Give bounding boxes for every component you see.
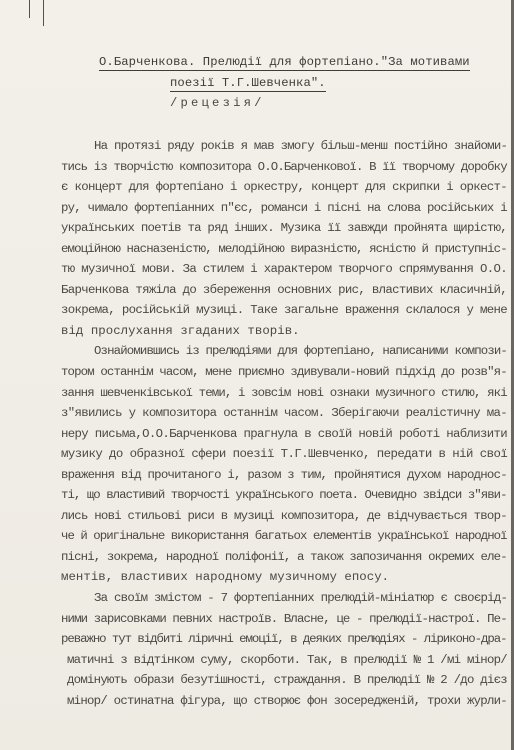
text-line: ру, чимало фортепіанних п"єс, романси і …	[61, 198, 511, 219]
text-line: че й оригінальне використання багатьох е…	[61, 526, 511, 547]
text-line: ті, що властивий творчості українського …	[61, 485, 511, 506]
margin-mark	[43, 0, 44, 26]
text-line: ними зарисовками певних настроїв. Власне…	[61, 609, 511, 630]
text-line: музику до образної сфери поезії Т.Г.Шевч…	[61, 444, 511, 465]
text-line: ментів, властивих народному музичному еп…	[61, 567, 511, 588]
text-line: неру письма,О.О.Барченкова прагнула в св…	[61, 424, 511, 445]
text-line: матичні з відтінком суму, скорботи. Так,…	[61, 650, 511, 671]
text-line: За своїм змістом - 7 фортепіанних прелюд…	[61, 588, 511, 609]
text-line: мінор/ остинатна фігура, що створює фон …	[61, 691, 511, 712]
text-line: українських поетів та ряд інших. Музика …	[61, 218, 511, 239]
text-line: від прослухання згаданих творів.	[61, 321, 511, 342]
text-line: емоційною насназеністю, мелодійною вираз…	[61, 239, 511, 260]
document-subtitle: /рецезія/	[170, 96, 265, 110]
text-line: є концерт для фортепіано і оркестру, кон…	[61, 177, 511, 198]
text-line: пісні, зокрема, народної поліфонії, а та…	[61, 547, 511, 568]
document-title-line-1: О.Барченкова. Прелюдії для фортепіано."З…	[99, 55, 470, 71]
document-body: На протязі ряду років я мав змогу більш-…	[61, 136, 511, 711]
text-line: тю музичної мови. За стилем і характером…	[61, 259, 511, 280]
text-line: реважно тут відбиті ліричні емоції, в де…	[61, 629, 511, 650]
text-line: зання шевченківської теми, і зовсім нові…	[61, 383, 511, 404]
text-line: Ознайомившись із прелюдіями для фортепіа…	[61, 341, 511, 362]
text-line: Барченкова тяжіла до збереження основних…	[61, 280, 511, 301]
margin-mark	[29, 0, 30, 18]
text-line: тором останнім часом, мене приємно здиву…	[61, 362, 511, 383]
document-page: О.Барченкова. Прелюдії для фортепіано."З…	[0, 0, 511, 750]
text-line: На протязі ряду років я мав змогу більш-…	[61, 136, 511, 157]
document-title-line-2: поезії Т.Г.Шевченка".	[170, 76, 326, 92]
text-line: зокрема, російській музиці. Таке загальн…	[61, 300, 511, 321]
text-line: лись нові стильові риси в музиці компози…	[61, 506, 511, 527]
text-line: домінують образи безутішності, стражданн…	[61, 670, 511, 691]
text-line: тись із творчістю композитора О.О.Барчен…	[61, 157, 511, 178]
text-line: враження від прочитаного і, разом з тим,…	[61, 465, 511, 486]
text-line: з"явились у композитора останнім часом. …	[61, 403, 511, 424]
